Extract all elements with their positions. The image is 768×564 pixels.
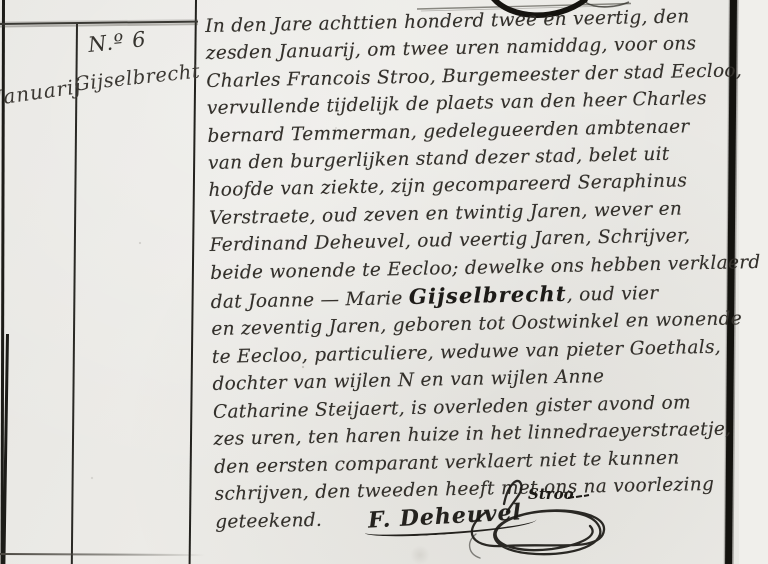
deceased-name: Gijselbrecht [409, 281, 567, 309]
act-number: N.º 6 [87, 27, 148, 57]
stroo-name: Stroo [528, 485, 574, 503]
date-column-rule [71, 24, 78, 564]
name-line-suffix: , oud vier [567, 283, 659, 306]
registry-page: Januarij N.º 6 Gijselbrecht In den Jare … [0, 0, 768, 564]
month-label: Januarij [0, 74, 83, 110]
surname-header: Gijselbrecht [73, 59, 201, 95]
text-margin-rule [189, 0, 198, 564]
signature-stroo-paraph: Stroo [452, 474, 637, 564]
entry-top-rule [0, 21, 198, 25]
name-line-prefix: dat Joanne — Marie [211, 288, 409, 313]
entry-bottom-rule [0, 553, 205, 556]
closing-word: geteekend. [215, 510, 322, 533]
record-body: In den Jare achttien honderd twee en vee… [205, 2, 760, 540]
